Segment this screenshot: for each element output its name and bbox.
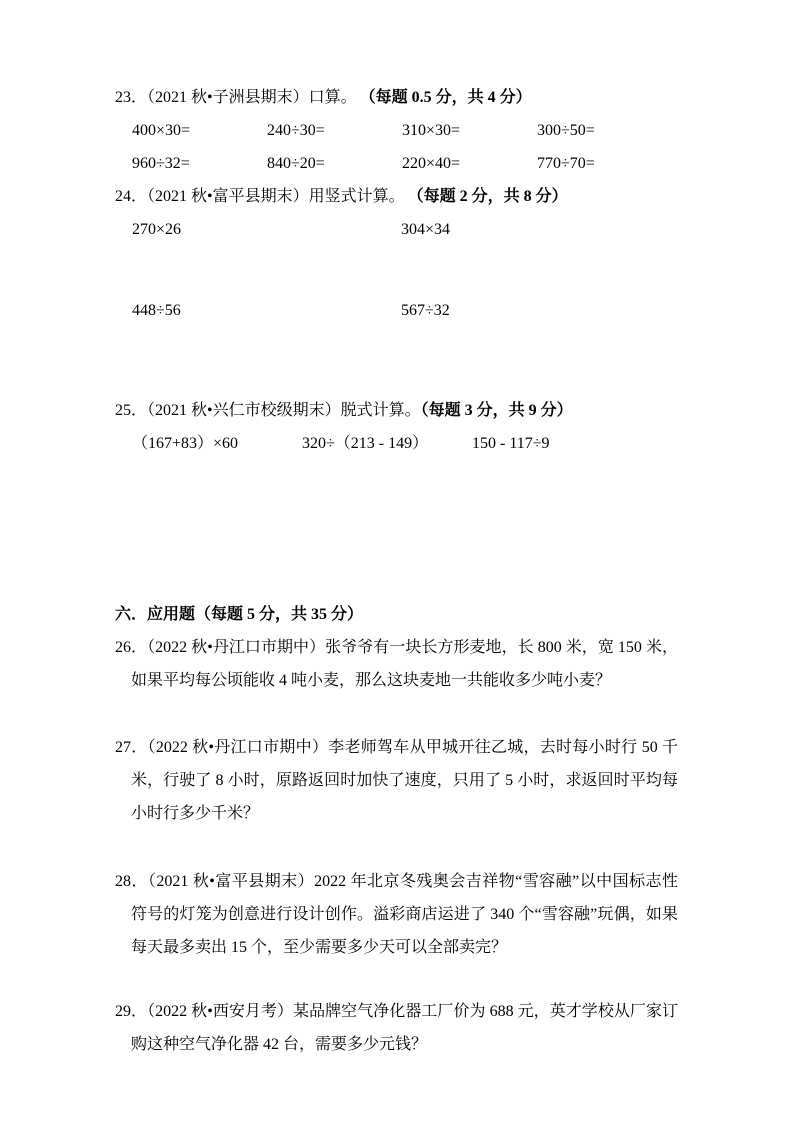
question-23-header: 23．（2021 秋•子洲县期末）口算。（每题 0.5 分，共 4 分） — [115, 81, 679, 114]
q23-oral-calc-row-1: 400×30= 240÷30= 310×30= 300÷50= — [115, 114, 679, 147]
oral-calc-item: 840÷20= — [267, 147, 402, 180]
section-6-title: 六．应用题（每题 5 分，共 35 分） — [115, 598, 679, 631]
question-29: 29．（2022 秋•西安月考）某品牌空气净化器工厂价为 688 元，英才学校从… — [115, 995, 678, 1061]
oral-calc-item: 300÷50= — [537, 114, 595, 147]
vertical-calc-item: 270×26 — [132, 213, 401, 246]
oral-calc-item: 960÷32= — [132, 147, 267, 180]
question-25-title: 25．（2021 秋•兴仁市校级期末）脱式计算。 — [115, 402, 421, 419]
q23-oral-calc-row-2: 960÷32= 840÷20= 220×40= 770÷70= — [115, 147, 679, 180]
oral-calc-item: 400×30= — [132, 114, 267, 147]
question-25-score: （每题 3 分，共 9 分） — [421, 402, 573, 419]
vertical-calc-item: 304×34 — [401, 213, 450, 246]
stepwise-calc-item: 320÷（213 - 149） — [302, 427, 472, 460]
question-28: 28．（2021 秋•富平县期末）2022 年北京冬残奥会吉祥物“雪容融”以中国… — [115, 865, 678, 964]
vertical-calc-item: 567÷32 — [401, 294, 450, 327]
stepwise-calc-item: （167+83）×60 — [132, 427, 302, 460]
q25-stepwise-calc-row: （167+83）×60 320÷（213 - 149） 150 - 117÷9 — [115, 427, 679, 460]
q24-vertical-calc-row-2: 448÷56 567÷32 — [115, 294, 679, 327]
vertical-calc-item: 448÷56 — [132, 294, 401, 327]
question-24-title: 24．（2021 秋•富平县期末）用竖式计算。 — [115, 188, 405, 205]
question-24-header: 24．（2021 秋•富平县期末）用竖式计算。（每题 2 分，共 8 分） — [115, 180, 679, 213]
oral-calc-item: 240÷30= — [267, 114, 402, 147]
question-24-score: （每题 2 分，共 8 分） — [416, 188, 568, 205]
question-23-title: 23．（2021 秋•子洲县期末）口算。 — [115, 89, 357, 106]
question-26: 26．（2022 秋•丹江口市期中）张爷爷有一块长方形麦地，长 800 米，宽 … — [115, 631, 678, 697]
exam-page: 23．（2021 秋•子洲县期末）口算。（每题 0.5 分，共 4 分） 400… — [0, 0, 793, 1122]
stepwise-calc-item: 150 - 117÷9 — [472, 427, 550, 460]
q24-vertical-calc-row-1: 270×26 304×34 — [115, 213, 679, 246]
question-23-score: （每题 0.5 分，共 4 分） — [368, 89, 532, 106]
oral-calc-item: 310×30= — [402, 114, 537, 147]
oral-calc-item: 770÷70= — [537, 147, 595, 180]
question-25-header: 25．（2021 秋•兴仁市校级期末）脱式计算。（每题 3 分，共 9 分） — [115, 394, 679, 427]
oral-calc-item: 220×40= — [402, 147, 537, 180]
question-27: 27．（2022 秋•丹江口市期中）李老师驾车从甲城开往乙城，去时每小时行 50… — [115, 731, 678, 830]
